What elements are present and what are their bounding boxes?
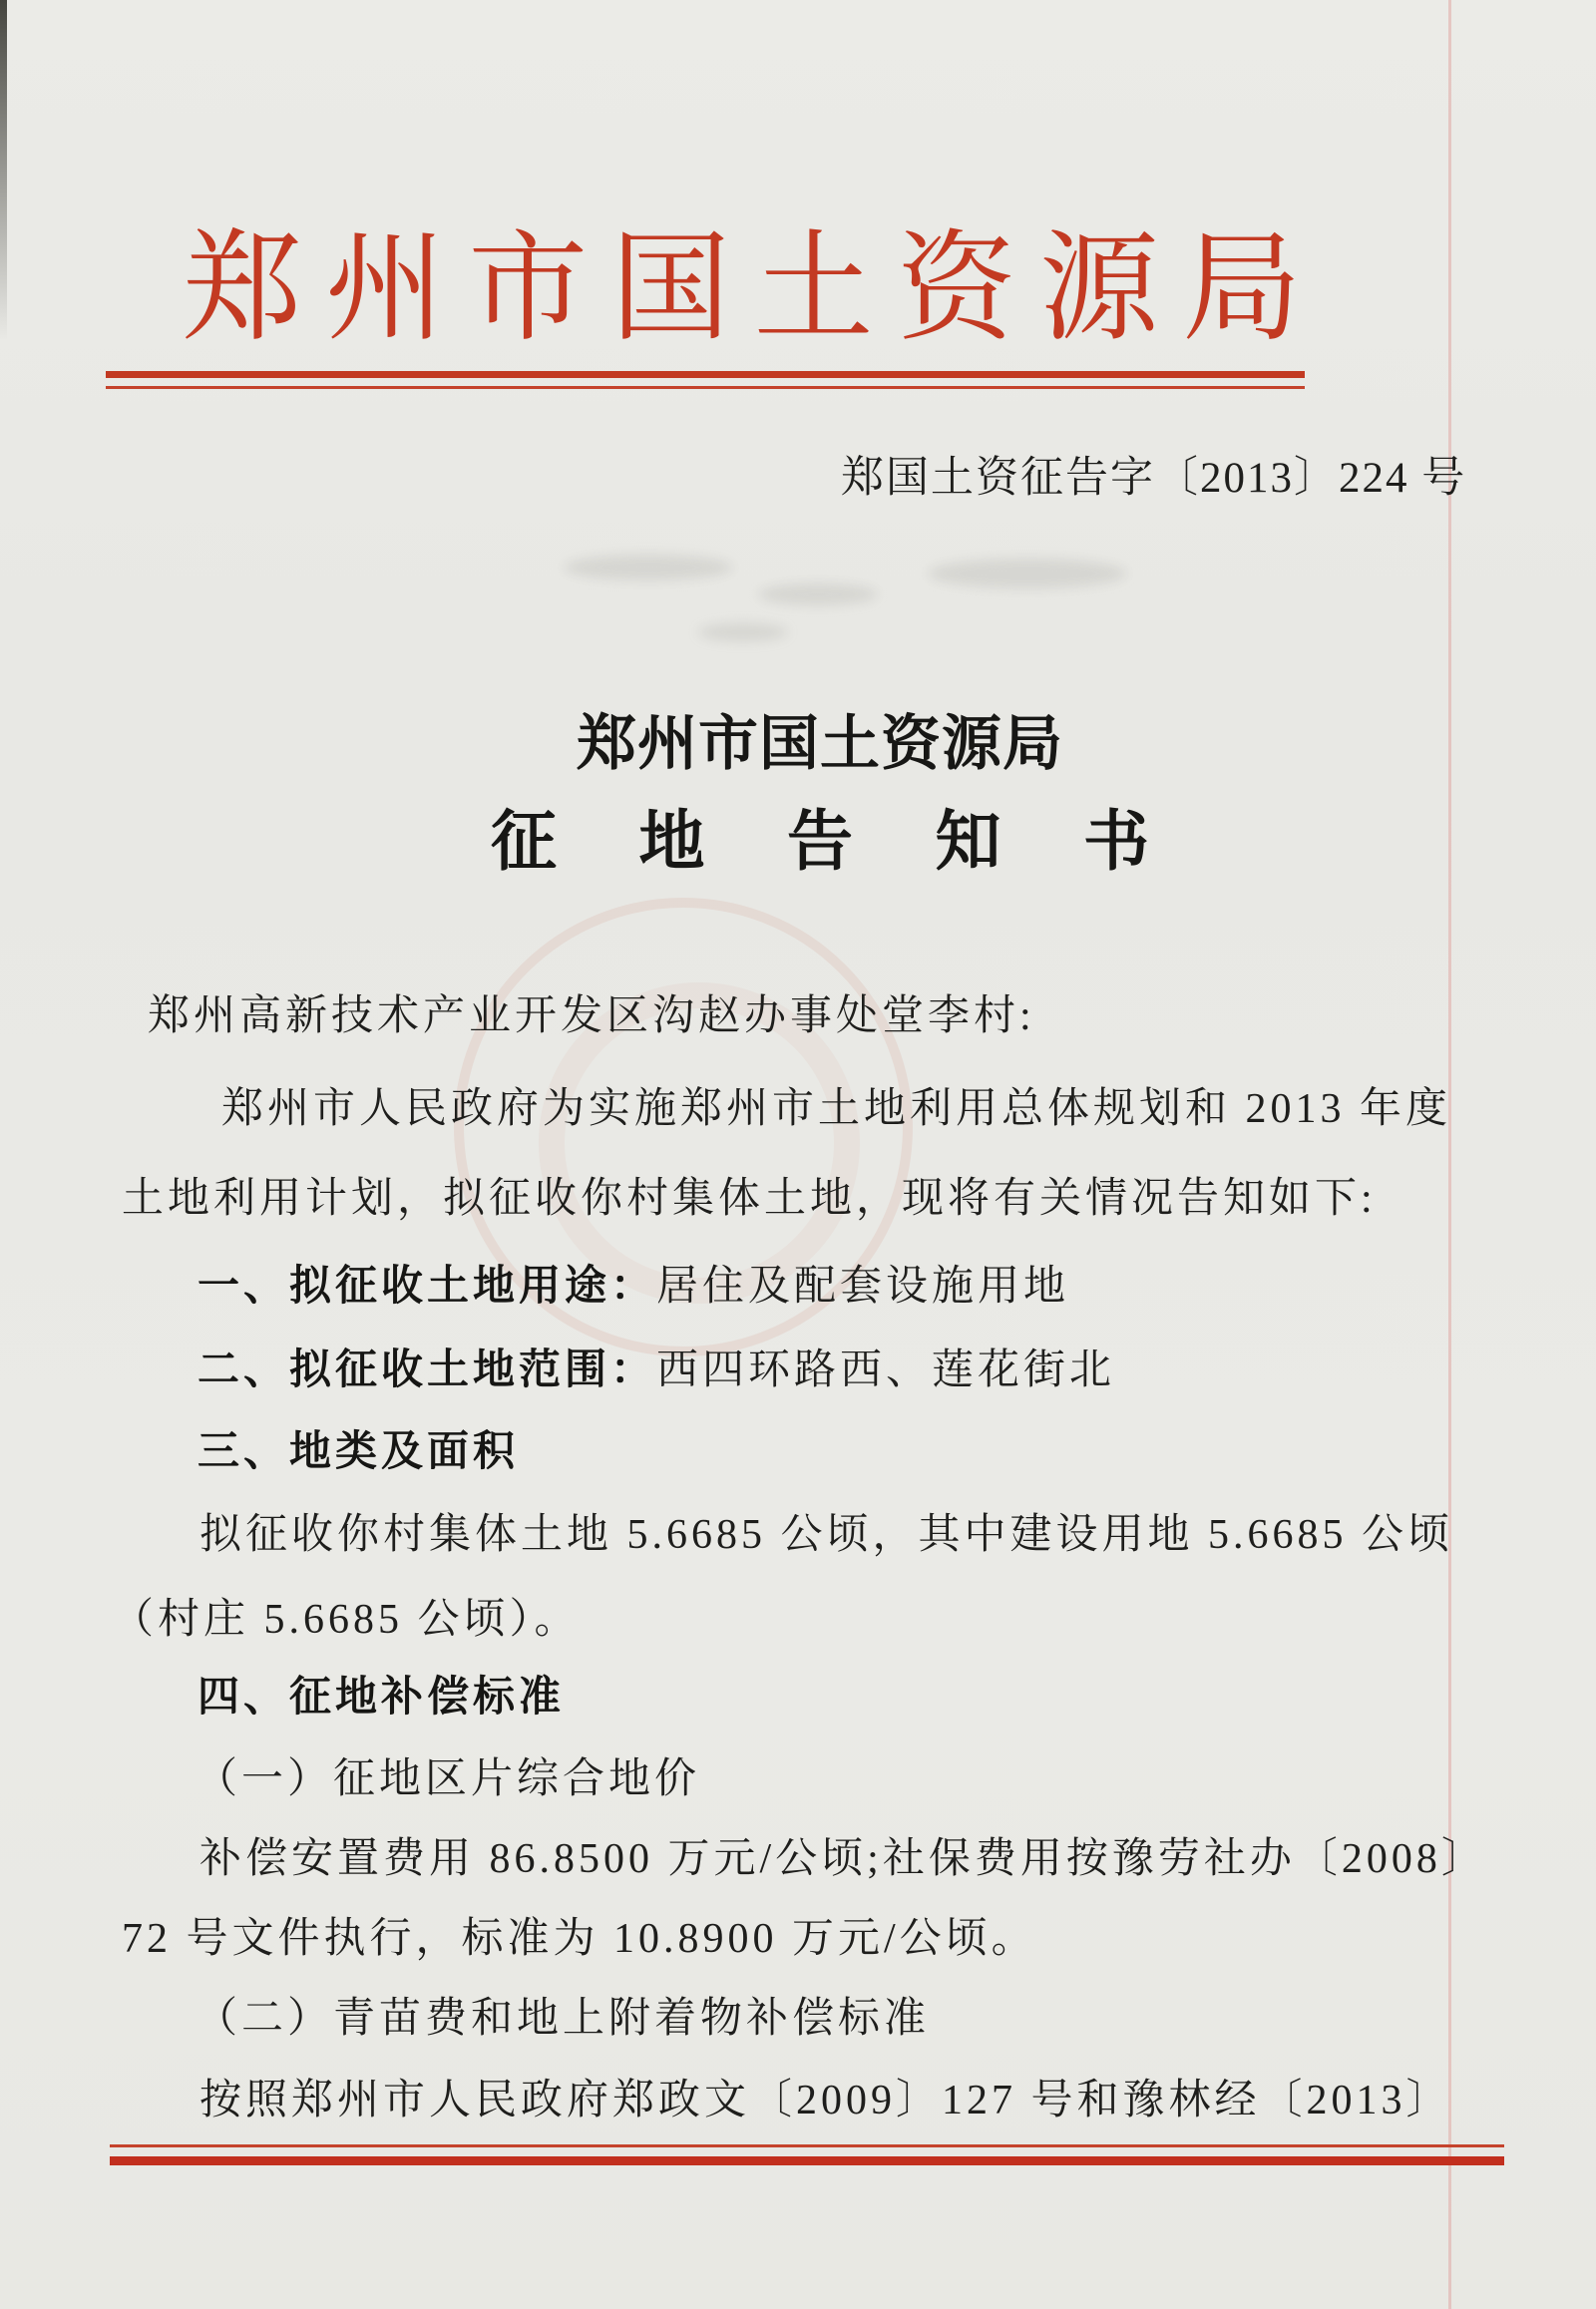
item-1-value: 居住及配套设施用地 [656, 1264, 1069, 1310]
intro-paragraph-line-2: 土地利用计划，拟征收你村集体土地，现将有关情况告知如下: [122, 1165, 1377, 1225]
item-2-heading: 二、拟征收土地范围： [198, 1346, 656, 1392]
item-3-area-line-2: （村庄 5.6685 公顷）。 [112, 1586, 581, 1646]
salutation-line: 郑州高新技术产业开发区沟赵办事处堂李村: [148, 982, 1035, 1042]
scanned-document-page: { "letterhead": { "agency_chars": ["郑", … [0, 0, 1596, 2309]
intro-paragraph-line-1: 郑州市人民政府为实施郑州市土地利用总体规划和 2013 年度 [221, 1075, 1451, 1135]
item-2-value: 西四环路西、莲花街北 [656, 1347, 1115, 1393]
item-4-sub-2-heading: （二）青苗费和地上附着物补偿标准 [196, 1985, 930, 2045]
item-3-heading: 三、地类及面积 [198, 1418, 519, 1478]
scan-edge-artifact [0, 0, 7, 339]
item-1-land-use: 一、拟征收土地用途：居住及配套设施用地 [198, 1253, 1069, 1313]
letterhead-agency-name: 郑 州 市 国 土 资 源 局 [183, 221, 1302, 356]
footer-rule-thick [110, 2156, 1504, 2165]
paper-smudge [698, 623, 788, 641]
footer-rule-thin [110, 2144, 1504, 2147]
agency-char: 国 [610, 221, 730, 356]
agency-char: 土 [754, 221, 874, 356]
item-4-heading-text: 四、征地补偿标准 [198, 1673, 565, 1720]
item-4-sub-1-heading: （一）征地区片综合地价 [196, 1745, 700, 1805]
title-char: 书 [1083, 788, 1149, 883]
notice-title-type: 征 地 告 知 书 [491, 788, 1149, 883]
paper-smudge [564, 555, 733, 580]
agency-char: 州 [325, 221, 445, 356]
letterhead-rule-thick [106, 371, 1305, 378]
notice-title-agency: 郑州市国土资源局 [577, 696, 1063, 782]
document-number: 郑国土资征告字〔2013〕224 号 [841, 444, 1466, 505]
agency-char: 市 [468, 221, 588, 356]
scan-pink-line-artifact [1448, 0, 1451, 2309]
item-4-heading: 四、征地补偿标准 [198, 1664, 565, 1724]
title-char: 征 [491, 788, 557, 883]
item-2-land-scope: 二、拟征收土地范围：西四环路西、莲花街北 [198, 1337, 1115, 1396]
paper-smudge [758, 583, 878, 605]
agency-char: 源 [1039, 221, 1159, 356]
letterhead-rule-thin [106, 386, 1305, 389]
agency-char: 资 [897, 221, 1016, 356]
item-3-heading-text: 三、地类及面积 [198, 1427, 519, 1474]
title-char: 地 [639, 788, 705, 883]
item-1-heading: 一、拟征收土地用途： [198, 1262, 656, 1309]
agency-char: 郑 [183, 221, 302, 356]
item-3-area-line-1: 拟征收你村集体土地 5.6685 公顷，其中建设用地 5.6685 公顷 [199, 1501, 1453, 1561]
item-4-sub-1-line-2: 72 号文件执行，标准为 10.8900 万元/公顷。 [122, 1905, 1037, 1965]
title-char: 告 [787, 788, 853, 883]
paper-smudge [928, 559, 1127, 588]
item-4-sub-2-line-1: 按照郑州市人民政府郑政文〔2009〕127 号和豫林经〔2013〕 [199, 2067, 1452, 2126]
agency-char: 局 [1182, 221, 1302, 356]
title-char: 知 [936, 788, 1001, 883]
item-4-sub-1-line-1: 补偿安置费用 86.8500 万元/公顷;社保费用按豫劳社办〔2008〕 [199, 1825, 1487, 1885]
